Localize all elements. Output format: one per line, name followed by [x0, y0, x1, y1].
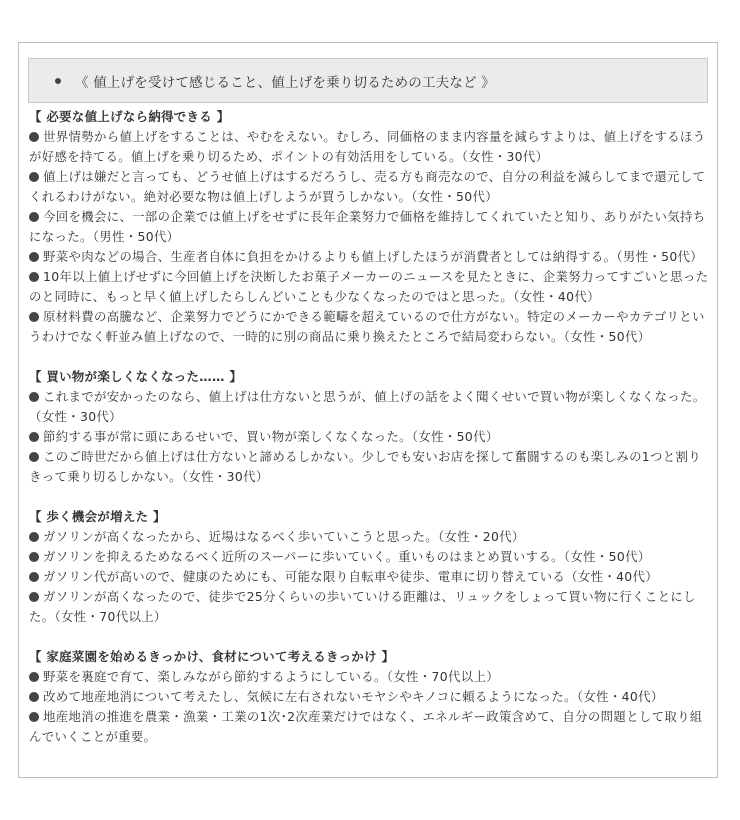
comment-item: ガソリン代が高いので、健康のためにも、可能な限り自転車や徒歩、電車に切り替えてい…	[29, 567, 709, 587]
section-heading: 【 歩く機会が増えた 】	[29, 507, 709, 527]
section-acceptance: 【 必要な値上げなら納得できる 】 世界情勢から値上げをすることは、やむをえない…	[29, 107, 709, 347]
bullet-dot-icon	[29, 432, 39, 442]
bullet-dot-icon	[29, 592, 39, 602]
comment-item: 野菜や肉などの場合、生産者自体に負担をかけるよりも値上げしたほうが消費者としては…	[29, 247, 709, 267]
bullet-dot-icon	[29, 132, 39, 142]
comments-header: 《 値上げを受けて感じること、値上げを乗り切るための工夫など 》	[28, 58, 708, 103]
comment-item: これまでが安かったのなら、値上げは仕方ないと思うが、値上げの話をよく聞くせいで買…	[29, 387, 709, 427]
comment-item: 野菜を裏庭で育て、楽しみながら節約するようにしている。（女性・70代以上）	[29, 667, 709, 687]
section-heading: 【 買い物が楽しくなくなった…… 】	[29, 367, 709, 387]
comment-item: 世界情勢から値上げをすることは、やむをえない。むしろ、同価格のまま内容量を減らす…	[29, 127, 709, 167]
bullet-dot-icon	[29, 712, 39, 722]
bullet-dot-icon	[29, 392, 39, 402]
section-heading: 【 必要な値上げなら納得できる 】	[29, 107, 709, 127]
section-heading: 【 家庭菜園を始めるきっかけ、食材について考えるきっかけ 】	[29, 647, 709, 667]
bullet-dot-icon	[29, 692, 39, 702]
comment-item: 10年以上値上げせずに今回値上げを決断したお菓子メーカーのニュースを見たときに、…	[29, 267, 709, 307]
comment-item: 今回を機会に、一部の企業では値上げをせずに長年企業努力で価格を維持してくれていた…	[29, 207, 709, 247]
bullet-dot-icon	[29, 452, 39, 462]
comment-item: 地産地消の推進を農業・漁業・工業の1次･2次産業だけではなく、エネルギー政策含め…	[29, 707, 709, 747]
bullet-dot-icon	[29, 212, 39, 222]
comment-item: このご時世だから値上げは仕方ないと諦めるしかない。少しでも安いお店を探して奮闘す…	[29, 447, 709, 487]
bullet-icon	[55, 78, 61, 84]
section-shopping-not-fun: 【 買い物が楽しくなくなった…… 】 これまでが安かったのなら、値上げは仕方ない…	[29, 367, 709, 487]
bullet-dot-icon	[29, 172, 39, 182]
comment-item: 改めて地産地消について考えたし、気候に左右されないモヤシやキノコに頼るようになっ…	[29, 687, 709, 707]
bullet-dot-icon	[29, 672, 39, 682]
comment-item: 値上げは嫌だと言っても、どうせ値上げはするだろうし、売る方も商売なので、自分の利…	[29, 167, 709, 207]
bullet-dot-icon	[29, 252, 39, 262]
bullet-dot-icon	[29, 312, 39, 322]
comments-content: 【 必要な値上げなら納得できる 】 世界情勢から値上げをすることは、やむをえない…	[29, 107, 709, 767]
comments-title: 《 値上げを受けて感じること、値上げを乗り切るための工夫など 》	[75, 71, 495, 91]
comment-item: 原材料費の高騰など、企業努力でどうにかできる範疇を超えているので仕方がない。特定…	[29, 307, 709, 347]
section-home-garden: 【 家庭菜園を始めるきっかけ、食材について考えるきっかけ 】 野菜を裏庭で育て、…	[29, 647, 709, 747]
comment-item: ガソリンが高くなったから、近場はなるべく歩いていこうと思った。（女性・20代）	[29, 527, 709, 547]
comment-item: ガソリンを抑えるためなるべく近所のスーパーに歩いていく。重いものはまとめ買いする…	[29, 547, 709, 567]
section-walking-more: 【 歩く機会が増えた 】 ガソリンが高くなったから、近場はなるべく歩いていこうと…	[29, 507, 709, 627]
bullet-dot-icon	[29, 532, 39, 542]
bullet-dot-icon	[29, 272, 39, 282]
comment-item: ガソリンが高くなったので、徒歩で25分くらいの歩いていける距離は、リュックをしょ…	[29, 587, 709, 627]
bullet-dot-icon	[29, 552, 39, 562]
bullet-dot-icon	[29, 572, 39, 582]
comment-item: 節約する事が常に頭にあるせいで、買い物が楽しくなくなった。（女性・50代）	[29, 427, 709, 447]
survey-comments-box: 《 値上げを受けて感じること、値上げを乗り切るための工夫など 》 【 必要な値上…	[18, 42, 718, 778]
